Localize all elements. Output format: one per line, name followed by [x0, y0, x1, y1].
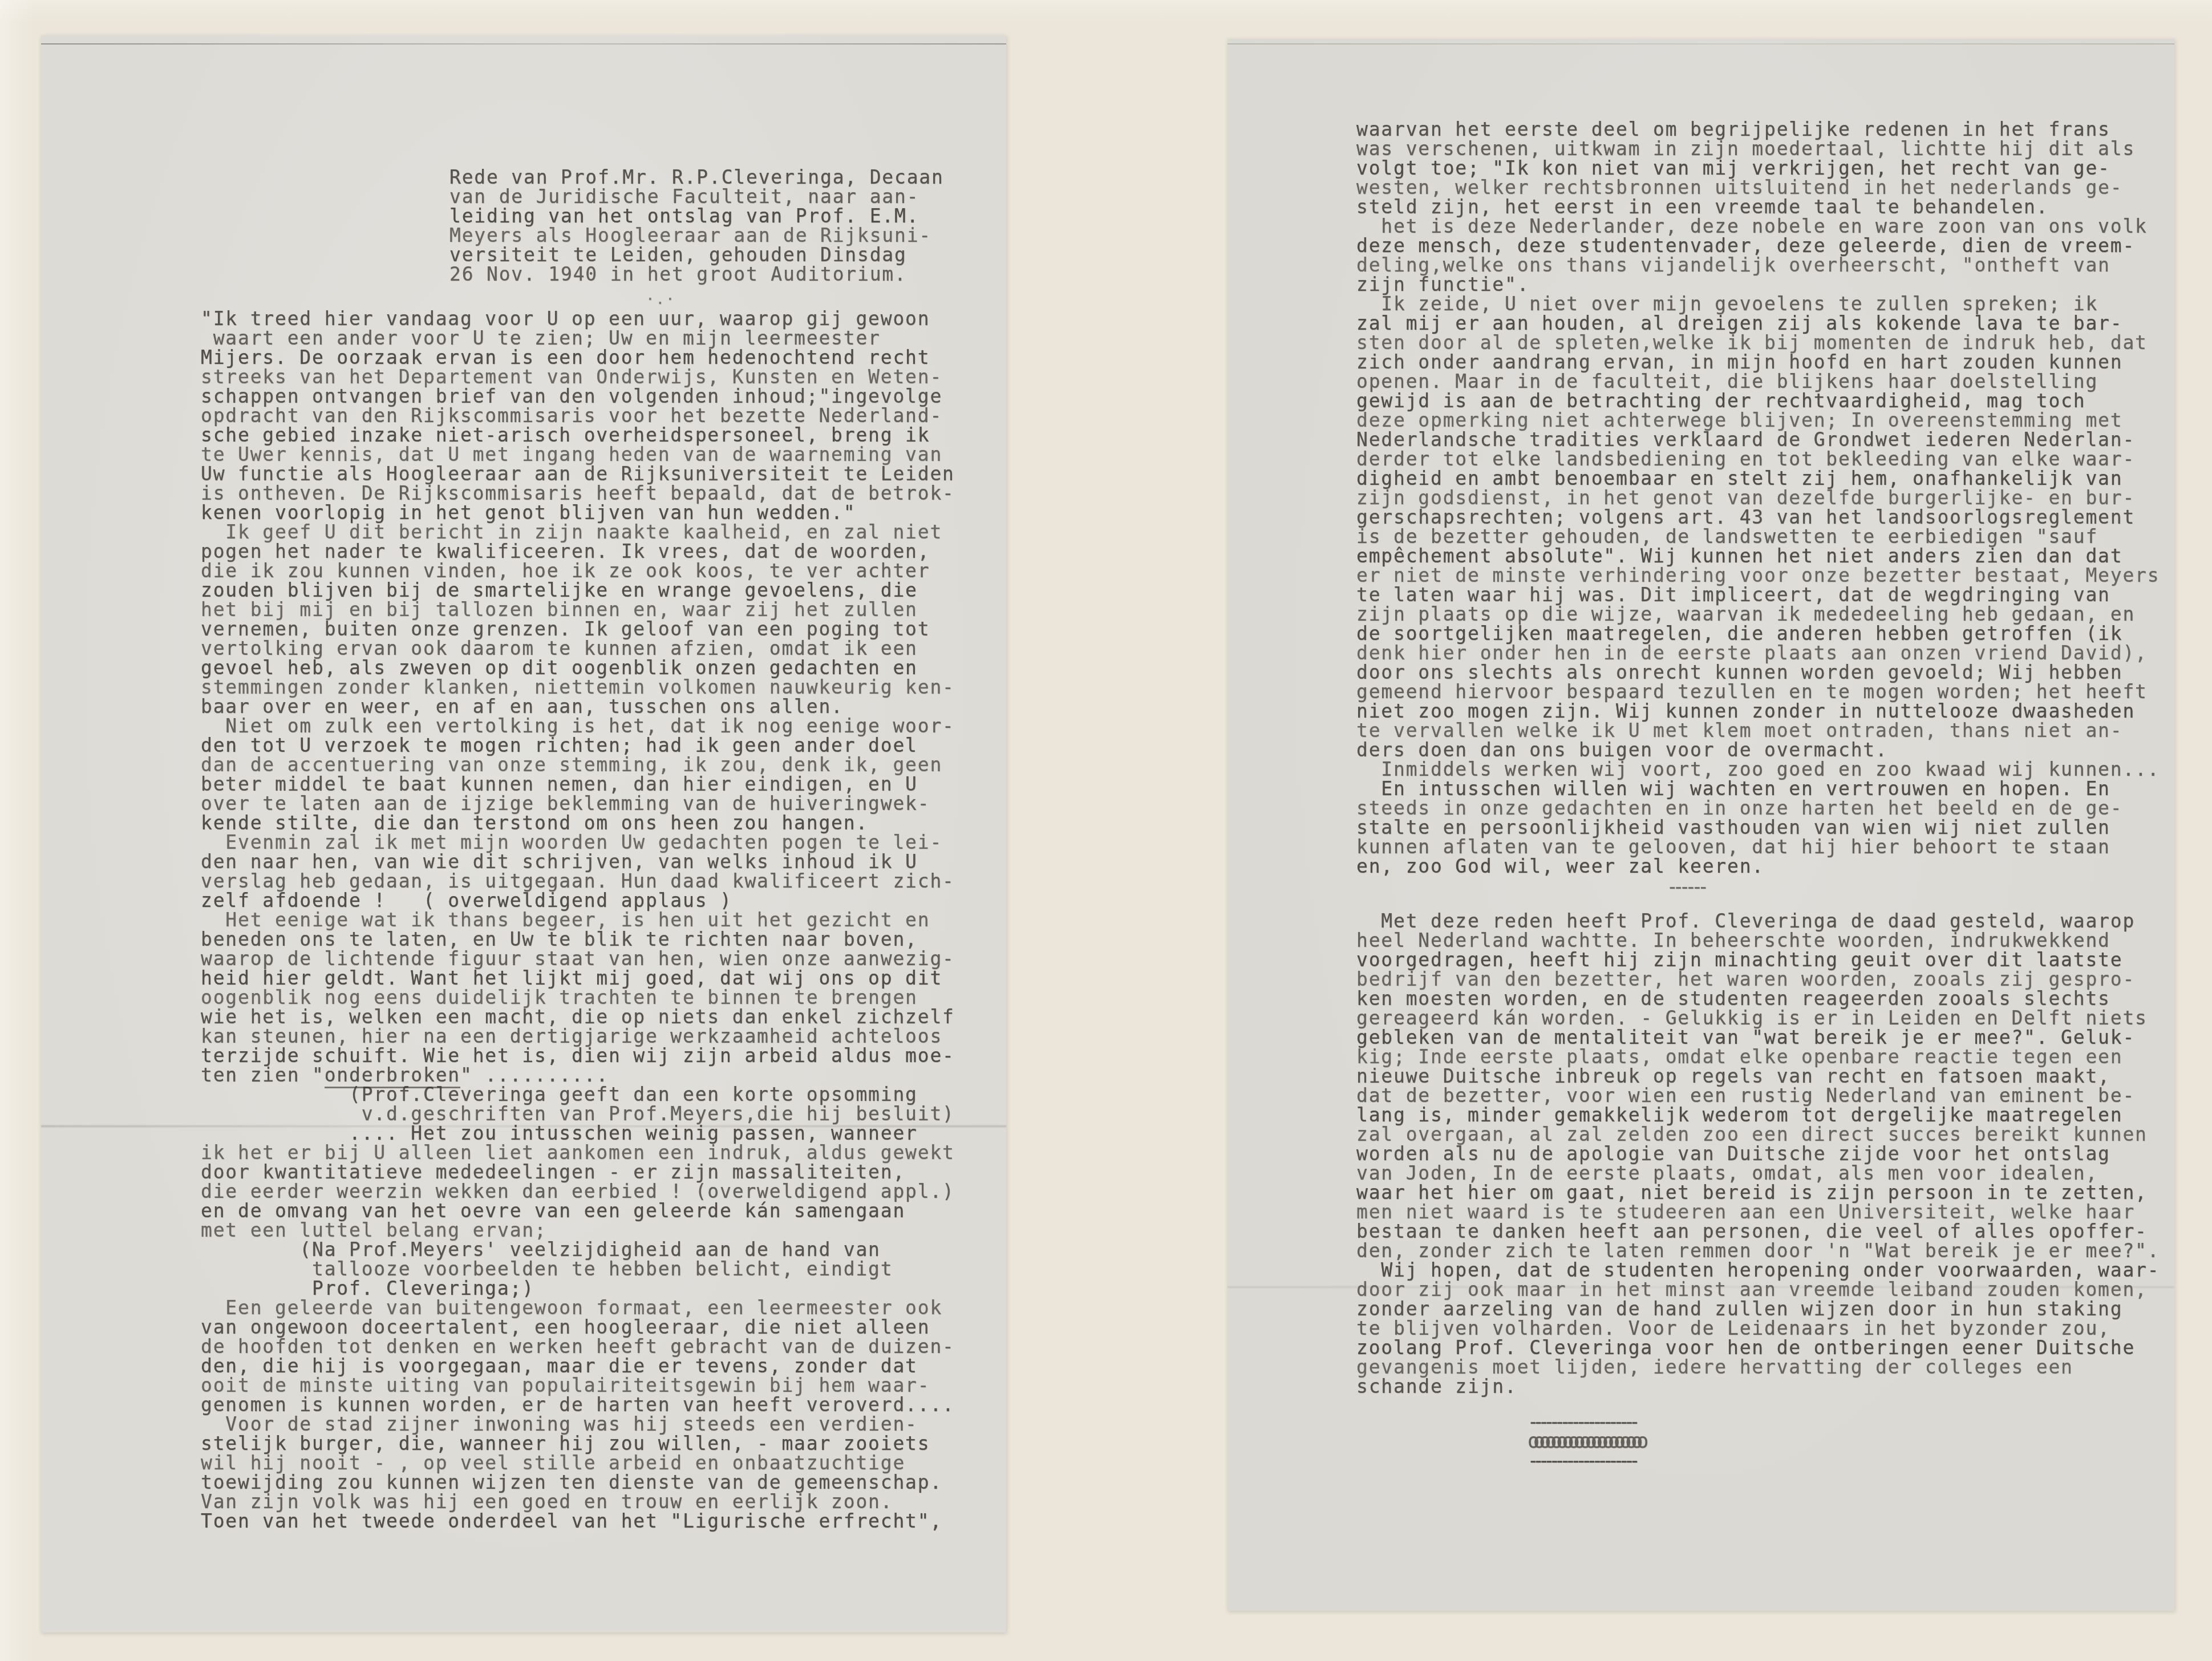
scan-edge-line	[41, 43, 1006, 44]
commentary-text: Met deze reden heeft Prof. Cleveringa de…	[1356, 911, 2160, 1396]
title-block: Rede van Prof.Mr. R.P.Cleveringa, Decaan…	[449, 168, 944, 284]
speech-text-left-part2: (Prof.Cleveringa geeft dan een korte ops…	[201, 1085, 955, 1531]
title-mark: ·.·	[646, 290, 675, 309]
underlined-line: ten zien "onderbroken" ..........	[201, 1066, 609, 1085]
page-right: waarvan het eerste deel om begrijpelijke…	[1227, 39, 2174, 1611]
scanned-document: Rede van Prof.Mr. R.P.Cleveringa, Decaan…	[0, 0, 2212, 1661]
closing-marks: --------------------oooooooooooooooooooo…	[1528, 1412, 1642, 1470]
speech-text-left-part1: "Ik treed hier vandaag voor U op een uur…	[201, 309, 955, 1066]
page-left: Rede van Prof.Mr. R.P.Cleveringa, Decaan…	[41, 35, 1006, 1632]
section-separator: ------	[1667, 877, 1704, 897]
speech-text-right-part1: waarvan het eerste deel om begrijpelijke…	[1356, 120, 2160, 876]
scan-edge-line	[1227, 43, 2174, 44]
